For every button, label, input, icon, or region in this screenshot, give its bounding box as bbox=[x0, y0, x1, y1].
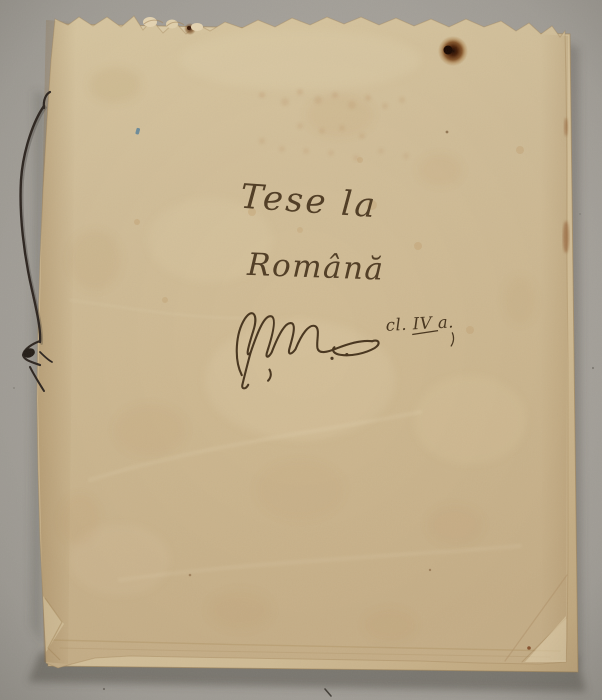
photo-old-notebook: Tese la Română cl. IV a. bbox=[0, 0, 602, 700]
vignette-overlay bbox=[0, 0, 602, 700]
photo-frame: Tese la Română cl. IV a. bbox=[0, 0, 602, 700]
